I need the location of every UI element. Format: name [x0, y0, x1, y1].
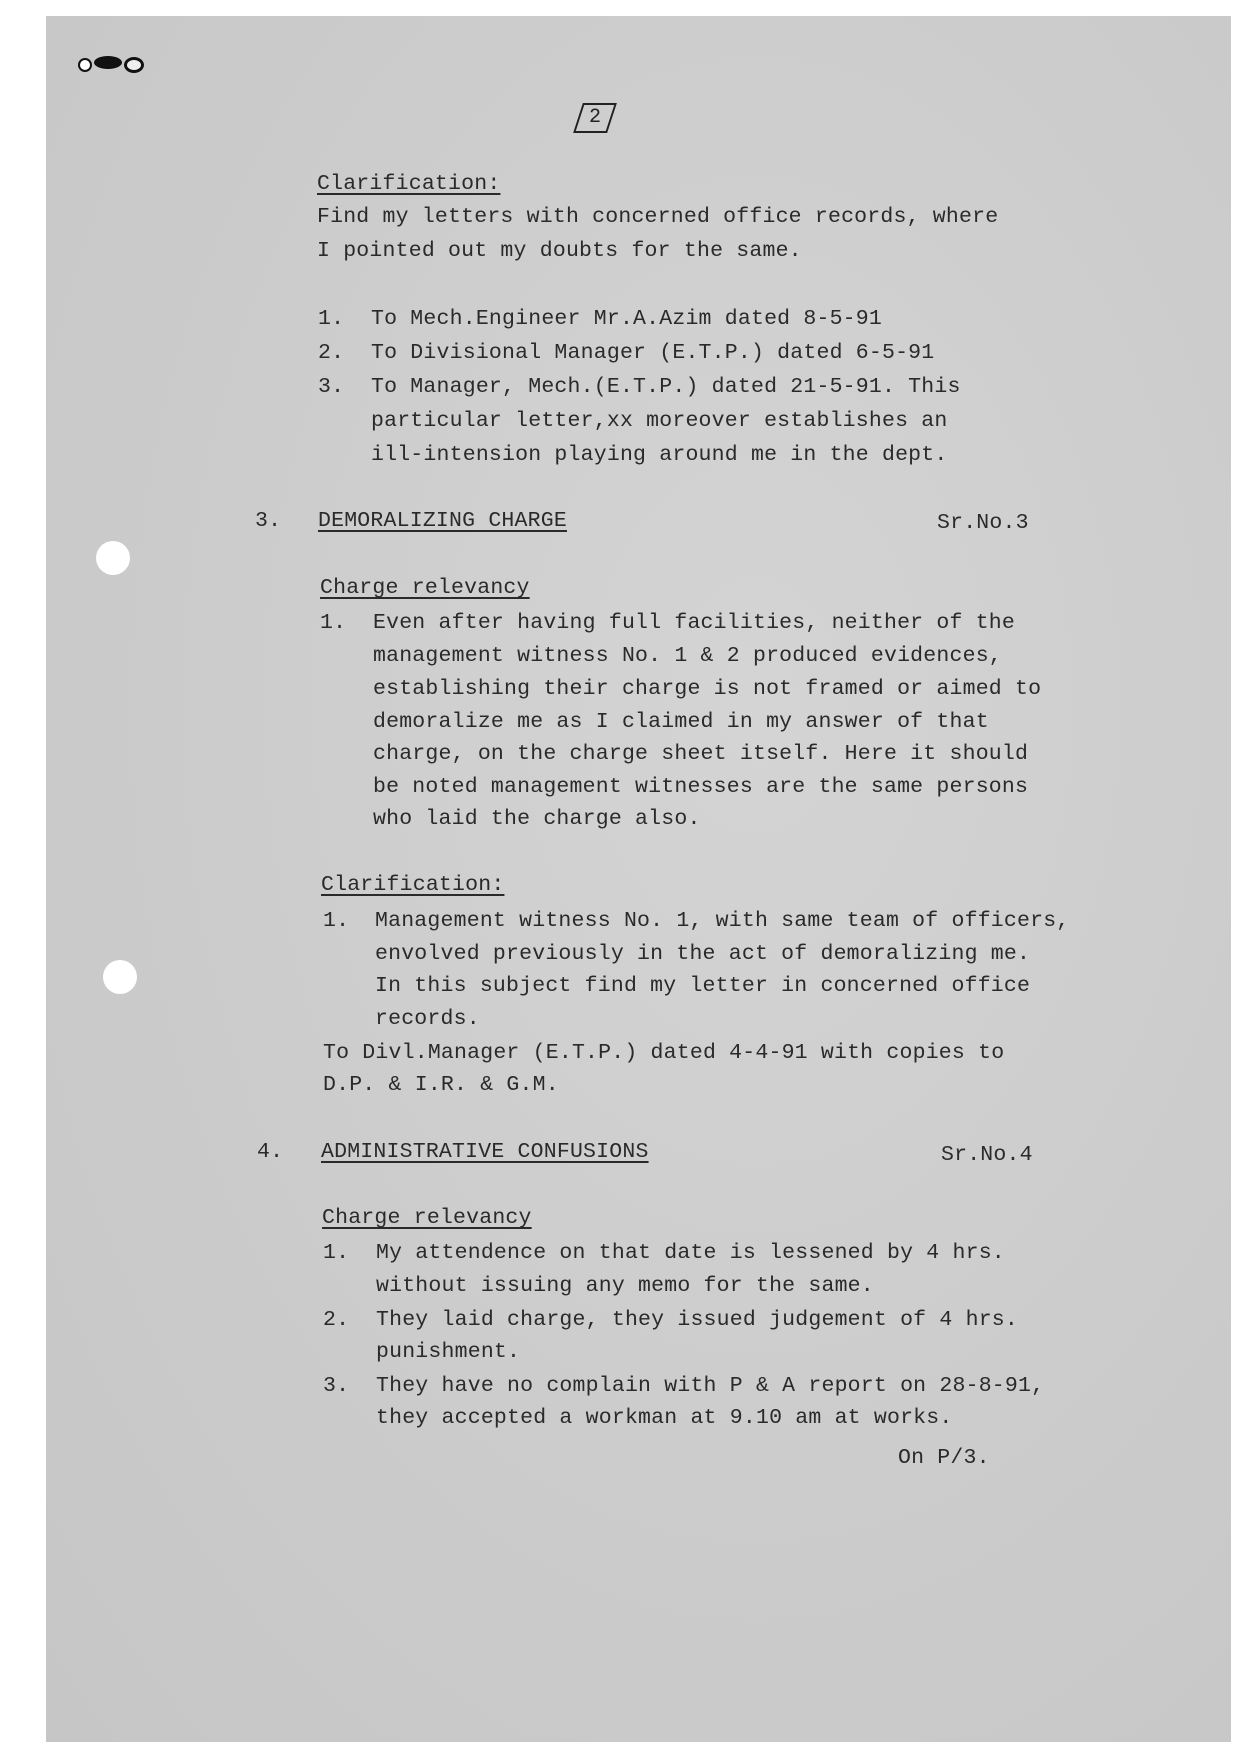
section-title: ADMINISTRATIVE CONFUSIONS — [321, 1140, 649, 1164]
list-item: envolved previously in the act of demora… — [375, 942, 1030, 966]
list-item: who laid the charge also. — [373, 807, 701, 831]
list-number: 1. — [323, 1241, 349, 1265]
body-line: To Divl.Manager (E.T.P.) dated 4-4-91 wi… — [323, 1041, 1004, 1065]
list-item: establishing their charge is not framed … — [373, 677, 1041, 701]
list-number: 1. — [320, 611, 346, 635]
list-item: punishment. — [376, 1340, 520, 1364]
staple-mark-icon — [78, 55, 140, 69]
punch-hole-icon — [103, 960, 137, 994]
list-item: Management witness No. 1, with same team… — [375, 909, 1069, 933]
list-item: ill-intension playing around me in the d… — [371, 443, 948, 467]
list-item: To Mech.Engineer Mr.A.Azim dated 8-5-91 — [371, 307, 882, 331]
list-item: records. — [375, 1007, 480, 1031]
list-number: 3. — [323, 1374, 349, 1398]
punch-hole-icon — [96, 541, 130, 575]
section-number: 3. — [255, 509, 281, 533]
serial-number: Sr.No.3 — [937, 511, 1029, 535]
body-line: I pointed out my doubts for the same. — [317, 239, 802, 263]
list-number: 2. — [318, 341, 344, 365]
charge-relevancy-heading: Charge relevancy — [320, 576, 530, 600]
clarification-heading: Clarification: — [317, 172, 500, 196]
list-item: they accepted a workman at 9.10 am at wo… — [376, 1406, 953, 1430]
list-number: 3. — [318, 375, 344, 399]
list-item: They have no complain with P & A report … — [376, 1374, 1044, 1398]
list-item: To Manager, Mech.(E.T.P.) dated 21-5-91.… — [371, 375, 961, 399]
list-item: To Divisional Manager (E.T.P.) dated 6-5… — [371, 341, 934, 365]
continuation-note: On P/3. — [898, 1446, 990, 1470]
page-number-text: 2 — [589, 105, 601, 131]
list-number: 2. — [323, 1308, 349, 1332]
section-number: 4. — [257, 1140, 283, 1164]
list-item: demoralize me as I claimed in my answer … — [373, 710, 989, 734]
list-item: They laid charge, they issued judgement … — [376, 1308, 1018, 1332]
list-item: particular letter,xx moreover establishe… — [371, 409, 948, 433]
body-line: Find my letters with concerned office re… — [317, 205, 998, 229]
list-number: 1. — [323, 909, 349, 933]
clarification-heading: Clarification: — [321, 873, 504, 897]
body-line: D.P. & I.R. & G.M. — [323, 1073, 559, 1097]
serial-number: Sr.No.4 — [941, 1143, 1033, 1167]
list-item: Even after having full facilities, neith… — [373, 611, 1015, 635]
list-item: In this subject find my letter in concer… — [375, 974, 1030, 998]
charge-relevancy-heading: Charge relevancy — [322, 1206, 532, 1230]
section-title: DEMORALIZING CHARGE — [318, 509, 567, 533]
list-item: My attendence on that date is lessened b… — [376, 1241, 1005, 1265]
list-number: 1. — [318, 307, 344, 331]
list-item: management witness No. 1 & 2 produced ev… — [373, 644, 1002, 668]
list-item: be noted management witnesses are the sa… — [373, 775, 1028, 799]
list-item: without issuing any memo for the same. — [376, 1274, 874, 1298]
list-item: charge, on the charge sheet itself. Here… — [373, 742, 1028, 766]
scanned-page — [46, 16, 1231, 1742]
